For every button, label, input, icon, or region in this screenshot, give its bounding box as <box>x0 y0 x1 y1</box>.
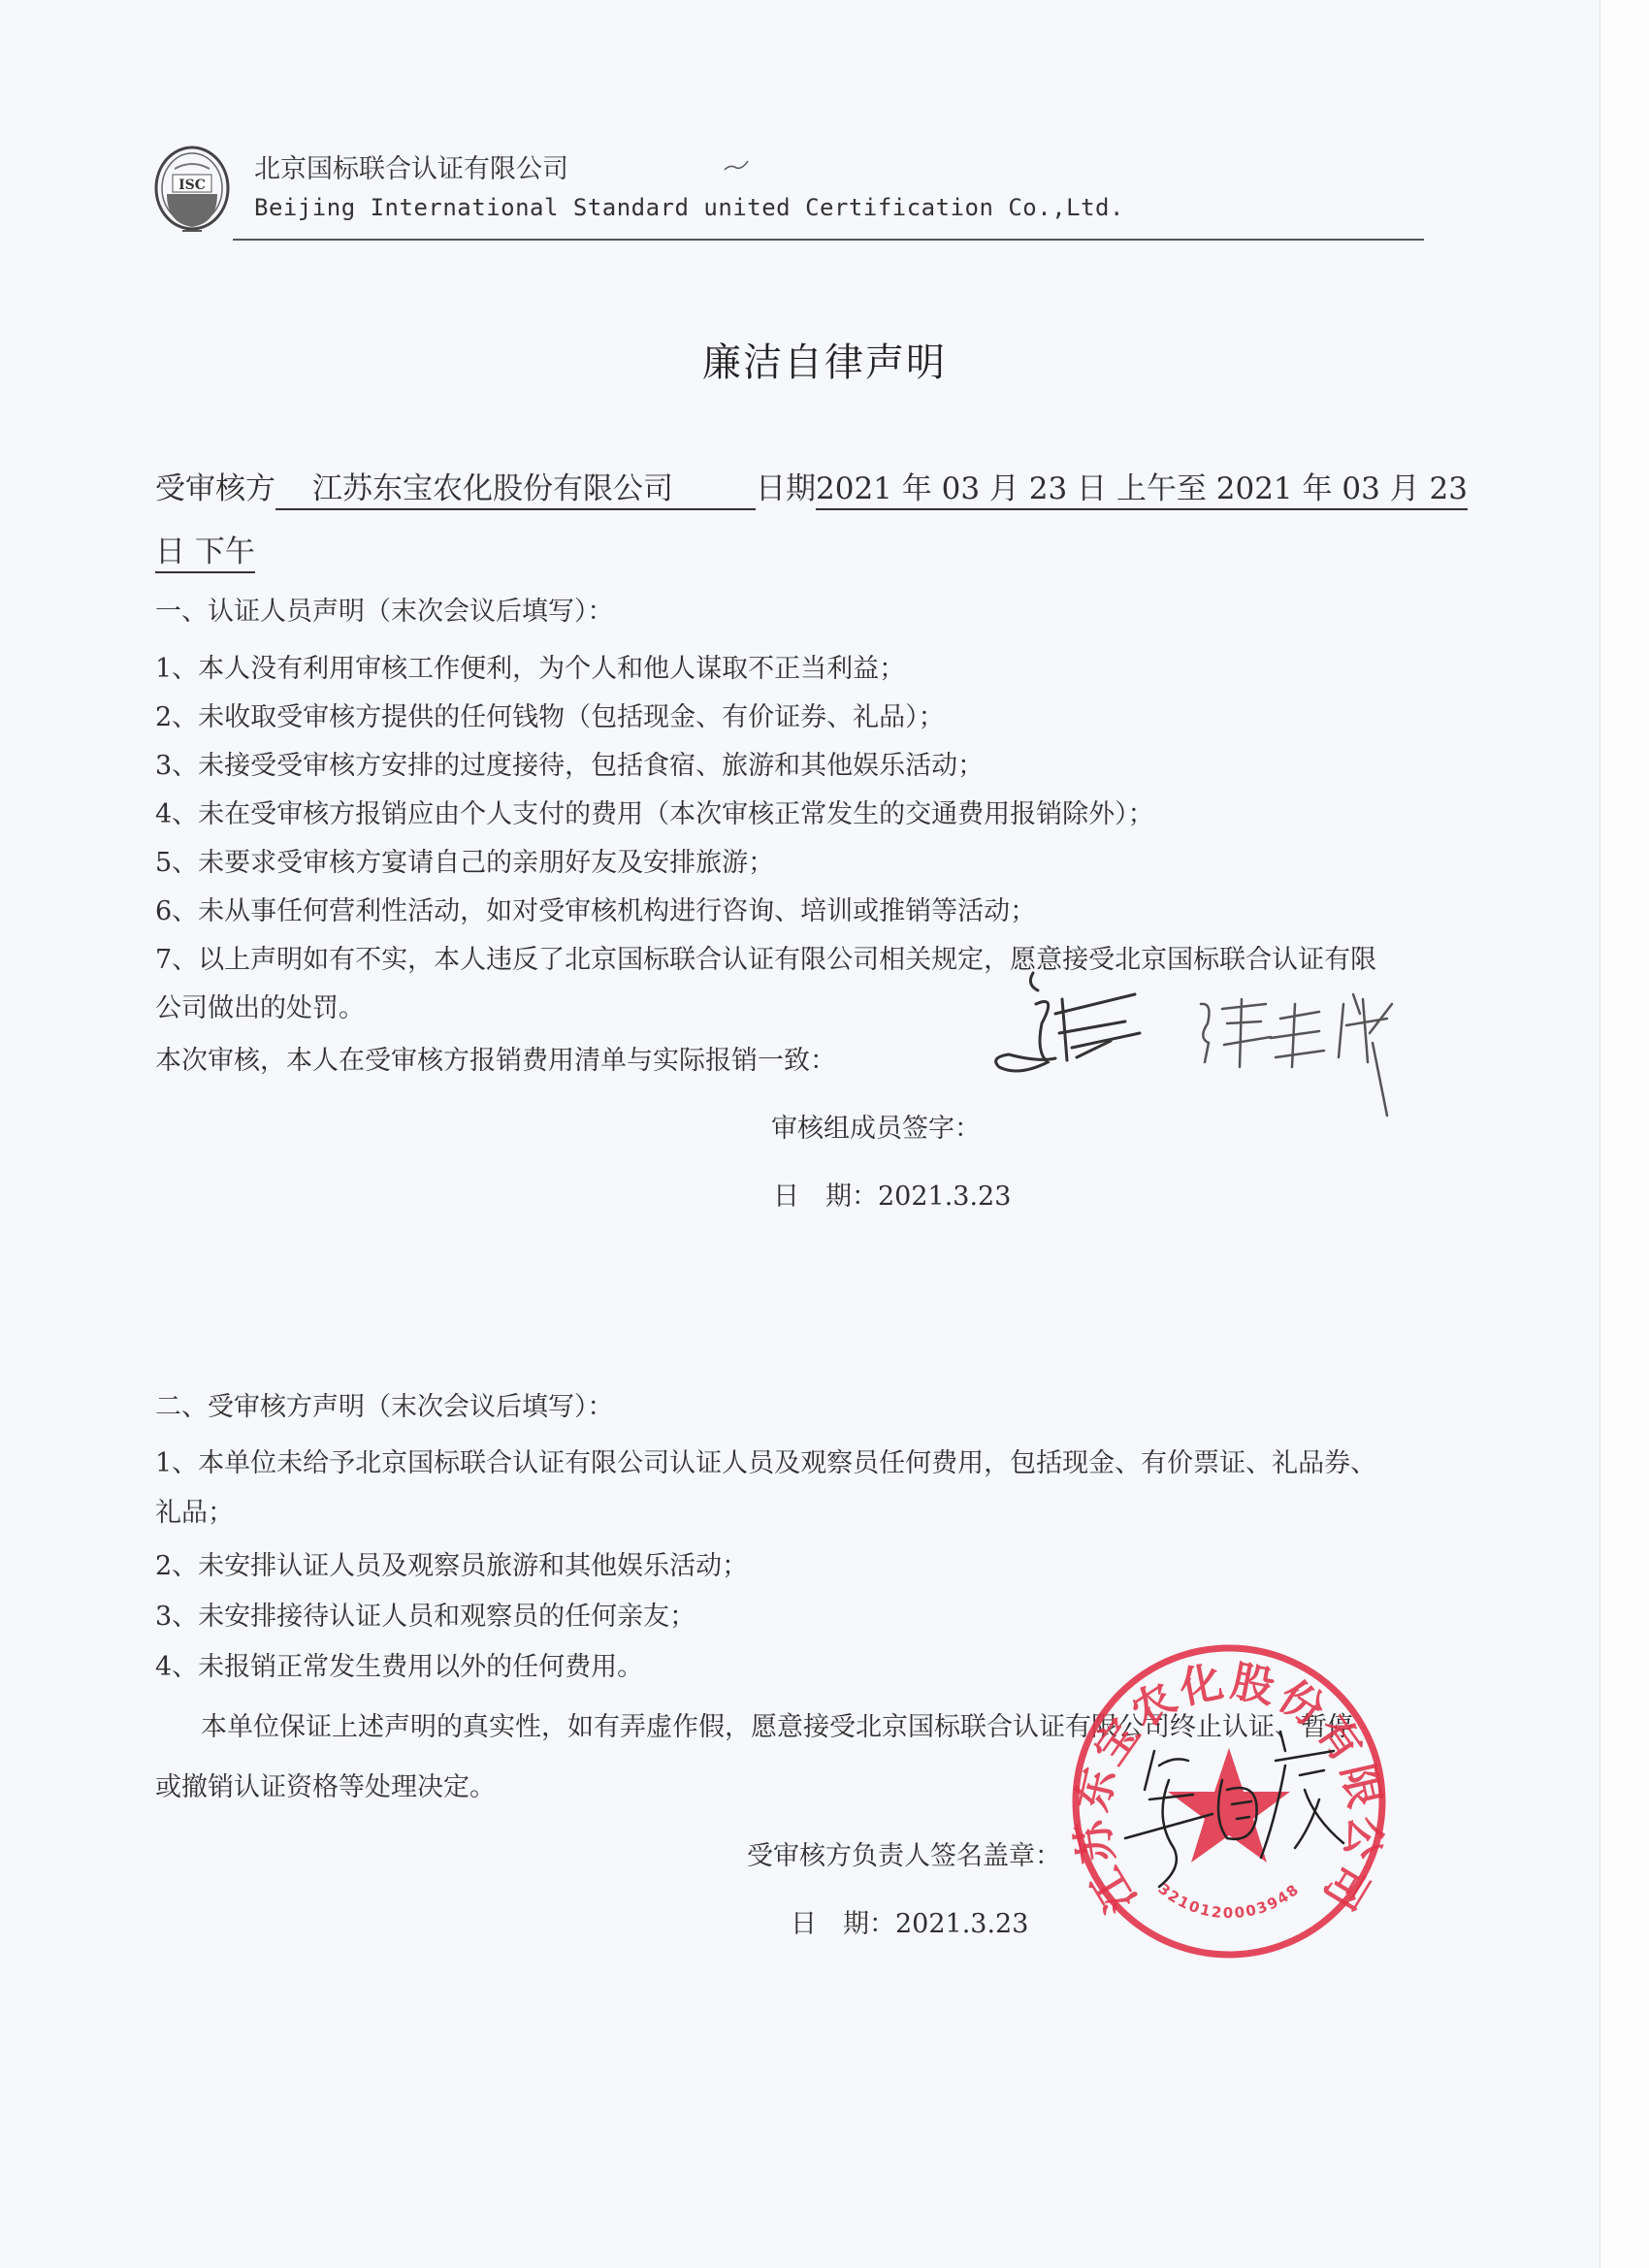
isc-logo-icon: ISC <box>153 146 231 235</box>
svg-text:ISC: ISC <box>178 178 206 193</box>
section2-item: 3、未安排接待认证人员和观察员的任何亲友； <box>155 1595 695 1633</box>
date-label: 日期 <box>756 471 816 506</box>
section1-item: 2、未收取受审核方提供的任何钱物（包括现金、有价证券、礼品）； <box>155 696 945 733</box>
audit-info-line1: 受审核方江苏东宝农化股份有限公司日期2021 年 03 月 23 日 上午至 2… <box>155 464 1468 510</box>
guarantee-paragraph-continuation: 或撤销认证资格等处理决定。 <box>155 1766 496 1803</box>
auditee-signature-graphic <box>1115 1722 1368 1916</box>
section1-item: 1、本人没有利用审核工作便利，为个人和他人谋取不正当利益； <box>155 647 905 685</box>
auditor-signature-label: 审核组成员签字： <box>771 1107 981 1145</box>
section1-item: 3、未接受受审核方安排的过度接待，包括食宿、旅游和其他娱乐活动； <box>155 744 984 782</box>
auditee-sign-date: 日 期：2021.3.23 <box>791 1902 1028 1940</box>
auditee-label: 受审核方 <box>155 471 275 506</box>
date-value-line2: 日 下午 <box>155 527 255 573</box>
auditee-value: 江苏东宝农化股份有限公司 <box>275 464 756 510</box>
date-value-line1: 2021 年 03 月 23 日 上午至 2021 年 03 月 23 <box>816 464 1468 510</box>
section1-heading: 一、认证人员声明（末次会议后填写）： <box>155 590 614 628</box>
section1-item: 4、未在受审核方报销应由个人支付的费用（本次审核正常发生的交通费用报销除外）； <box>155 793 1154 830</box>
section2-item-continuation: 礼品； <box>155 1491 234 1529</box>
section1-item: 5、未要求受审核方宴请自己的亲朋好友及安排旅游； <box>155 841 774 879</box>
company-name-cn: 北京国标联合认证有限公司 <box>254 147 568 185</box>
section2-item: 1、本单位未给予北京国标联合认证有限公司认证人员及观察员任何费用，包括现金、有价… <box>155 1442 1376 1479</box>
company-name-en: Beijing International Standard united Ce… <box>254 194 1124 221</box>
auditee-signature-label: 受审核方负责人签名盖章： <box>747 1834 1061 1872</box>
audit-info-line2: 日 下午 <box>155 527 255 573</box>
section2-item: 4、未报销正常发生费用以外的任何费用。 <box>155 1645 643 1683</box>
section1-item: 6、未从事任何营利性活动，如对受审核机构进行咨询、培训或推销等活动； <box>155 890 1036 927</box>
section2-item: 2、未安排认证人员及观察员旅游和其他娱乐活动； <box>155 1544 748 1582</box>
expense-statement: 本次审核，本人在受审核方报销费用清单与实际报销一致： <box>155 1039 836 1077</box>
header-divider <box>233 239 1424 241</box>
section1-item-continuation: 公司做出的处罚。 <box>155 987 365 1024</box>
section2-heading: 二、受审核方声明（末次会议后填写）： <box>155 1385 614 1423</box>
pen-mark-icon <box>723 158 752 174</box>
auditor-sign-date: 日 期：2021.3.23 <box>773 1175 1011 1213</box>
document-title: 廉洁自律声明 <box>0 332 1649 387</box>
auditor-signature-graphic <box>980 965 1406 1130</box>
